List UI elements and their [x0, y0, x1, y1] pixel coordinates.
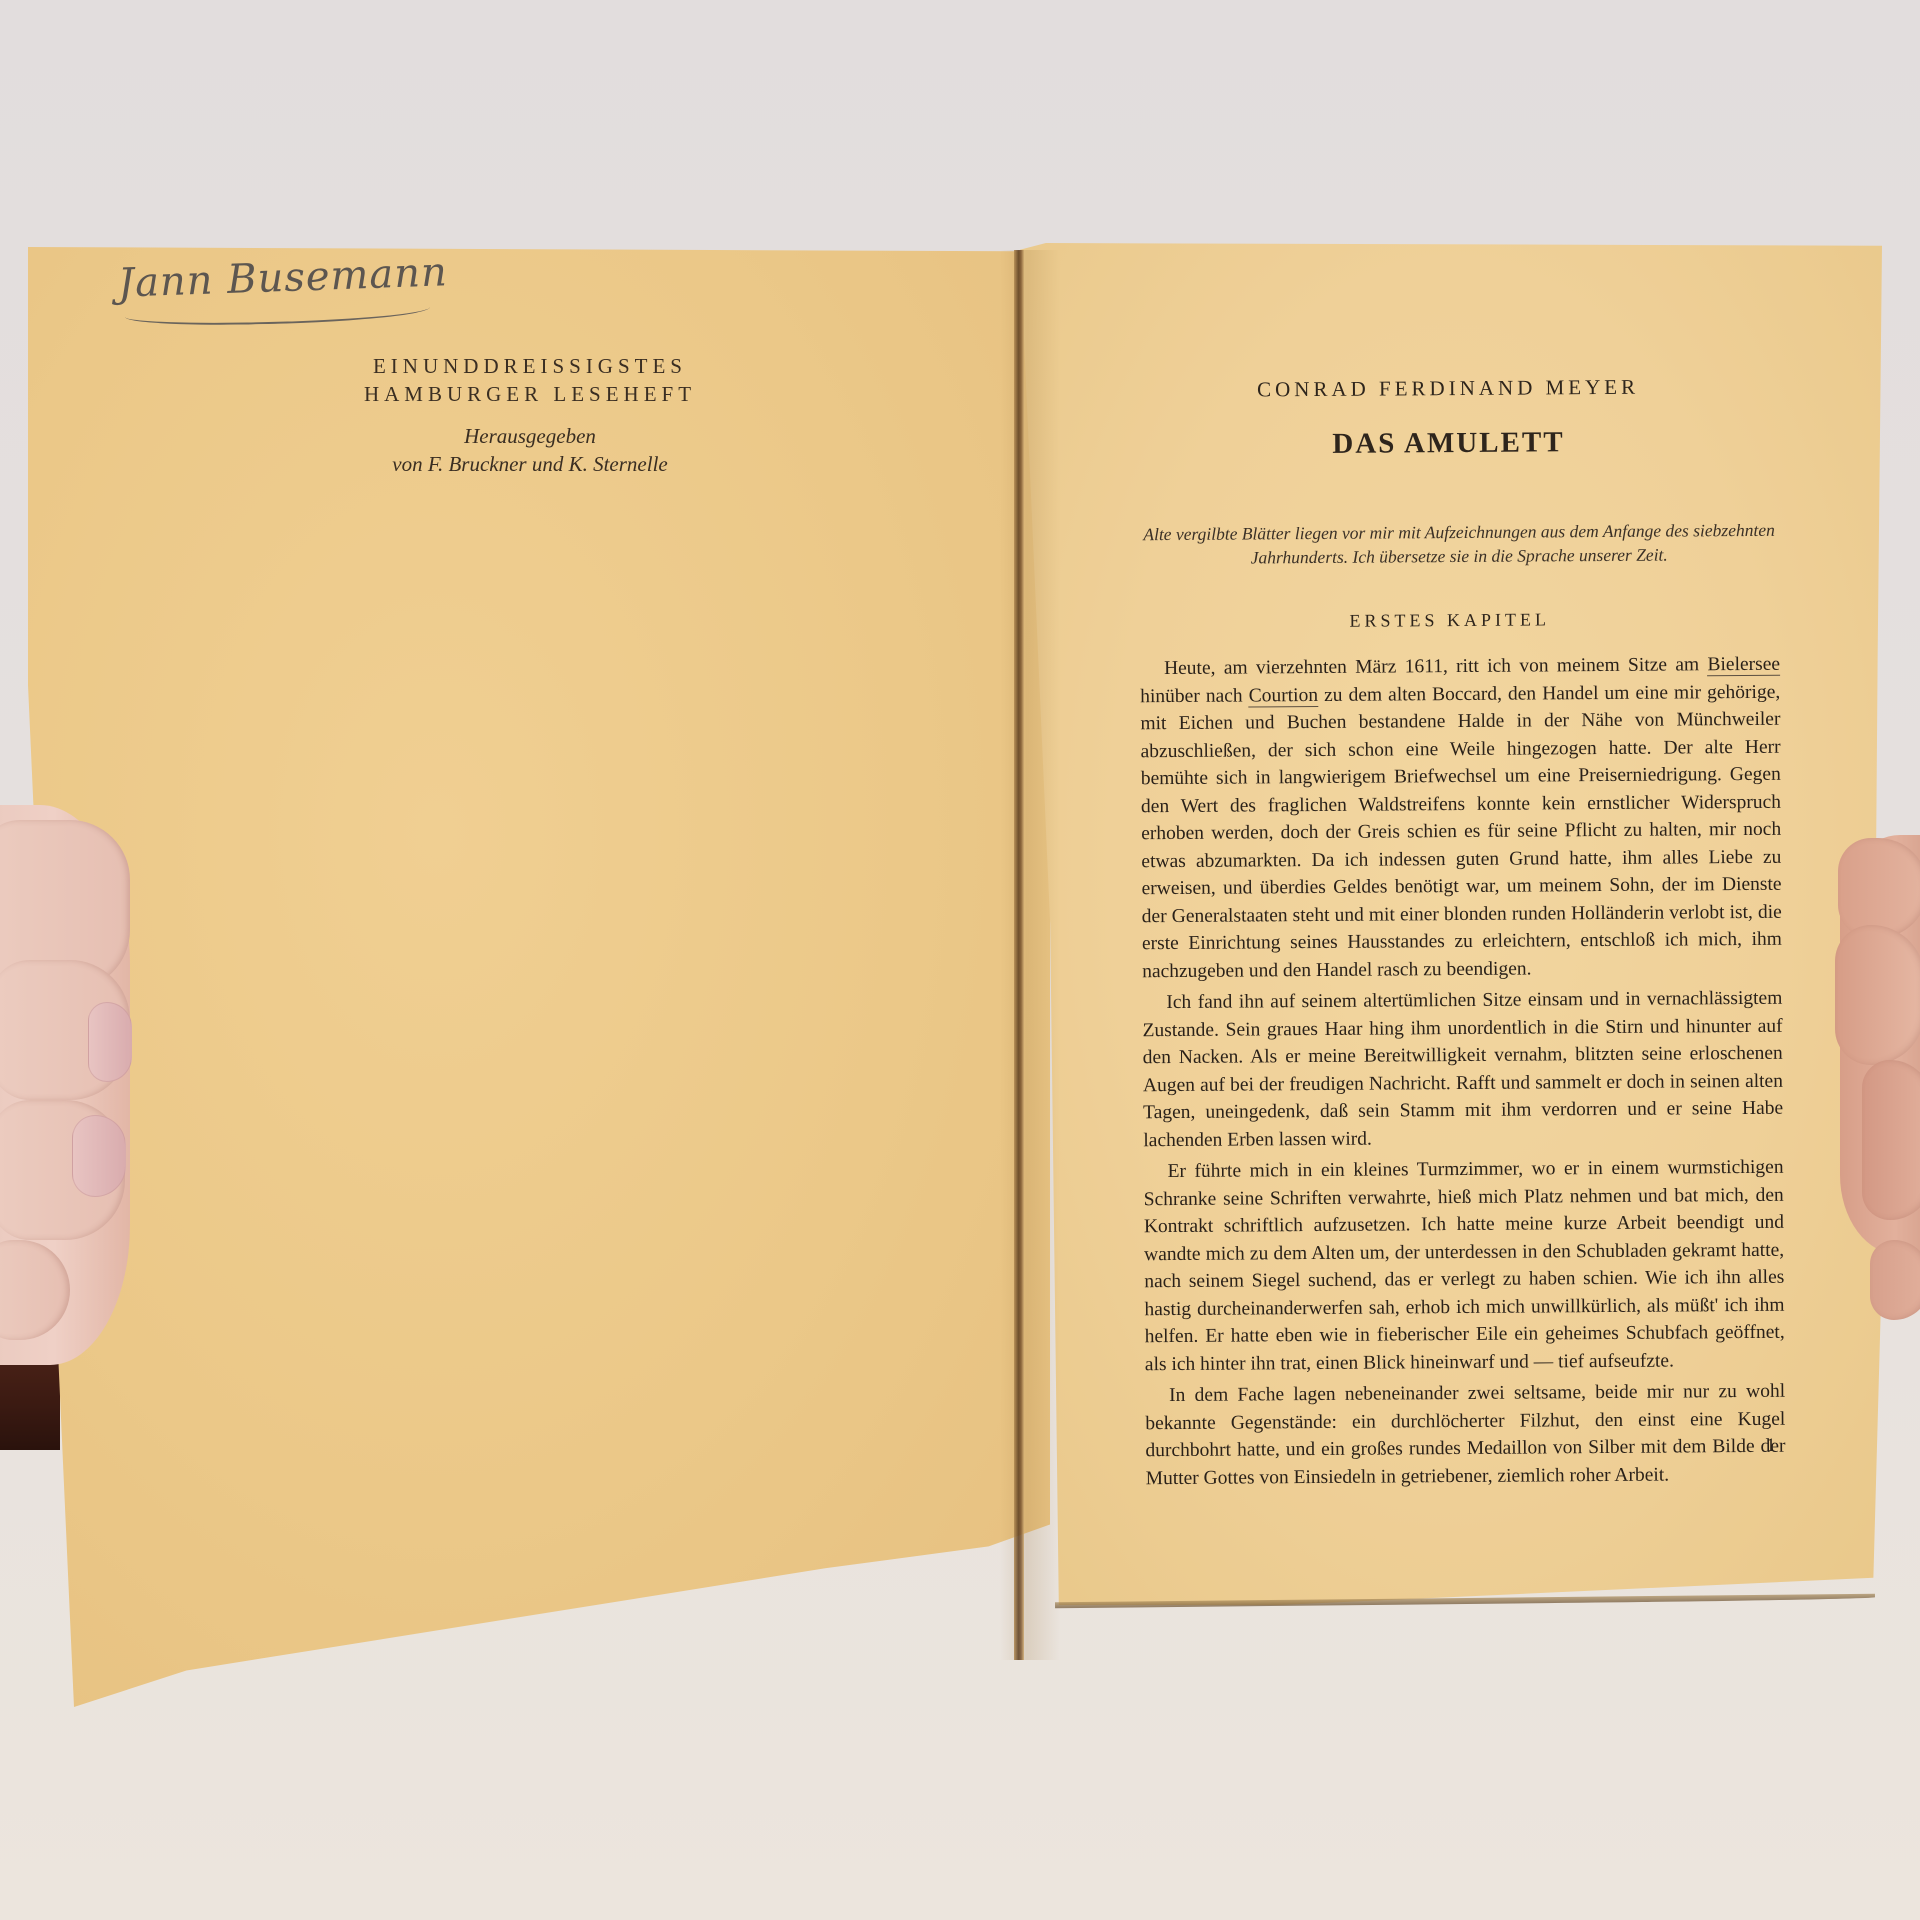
editors-names: von F. Bruckner und K. Sternelle: [300, 450, 760, 478]
paragraph-4: In dem Fache lagen nebeneinander zwei se…: [1145, 1378, 1786, 1492]
book-spine-gutter: [1014, 250, 1024, 1660]
series-line-2: HAMBURGER LESEHEFT: [300, 380, 760, 408]
left-fingernail-2: [72, 1115, 126, 1197]
paragraph-1: Heute, am vierzehnten März 1611, ritt ic…: [1140, 651, 1782, 985]
right-page-content: CONRAD FERDINAND MEYER DAS AMULETT Alte …: [1138, 374, 1786, 1494]
paragraph-3: Er führte mich in ein kleines Turmzimmer…: [1143, 1154, 1785, 1378]
editor-label: Herausgegeben: [300, 422, 760, 450]
right-finger-4: [1870, 1240, 1920, 1320]
underlined-word-bielersee: Bielersee: [1707, 654, 1780, 677]
body-text: Heute, am vierzehnten März 1611, ritt ic…: [1140, 651, 1786, 1492]
preface-text: Alte vergilbte Blätter liegen vor mir mi…: [1139, 518, 1779, 570]
series-line-1: EINUNDDREISSIGSTES: [300, 352, 760, 380]
right-finger-1: [1838, 838, 1920, 938]
author-name: CONRAD FERDINAND MEYER: [1118, 374, 1778, 404]
story-title: DAS AMULETT: [1118, 425, 1778, 463]
underlined-word-courtion: Courtion: [1249, 684, 1318, 706]
right-finger-2: [1835, 925, 1920, 1065]
paragraph-2: Ich fand ihn auf seinem altertümlichen S…: [1142, 985, 1783, 1154]
series-title-block: EINUNDDREISSIGSTES HAMBURGER LESEHEFT He…: [300, 352, 760, 478]
photo-scene: Jann Busemann EINUNDDREISSIGSTES HAMBURG…: [0, 0, 1920, 1920]
gutter-shadow: [1000, 250, 1060, 1660]
right-finger-3: [1862, 1060, 1920, 1220]
left-fingernail-1: [88, 1002, 132, 1082]
page-number: 1: [1766, 1435, 1776, 1457]
chapter-heading: ERSTES KAPITEL: [1120, 608, 1780, 634]
